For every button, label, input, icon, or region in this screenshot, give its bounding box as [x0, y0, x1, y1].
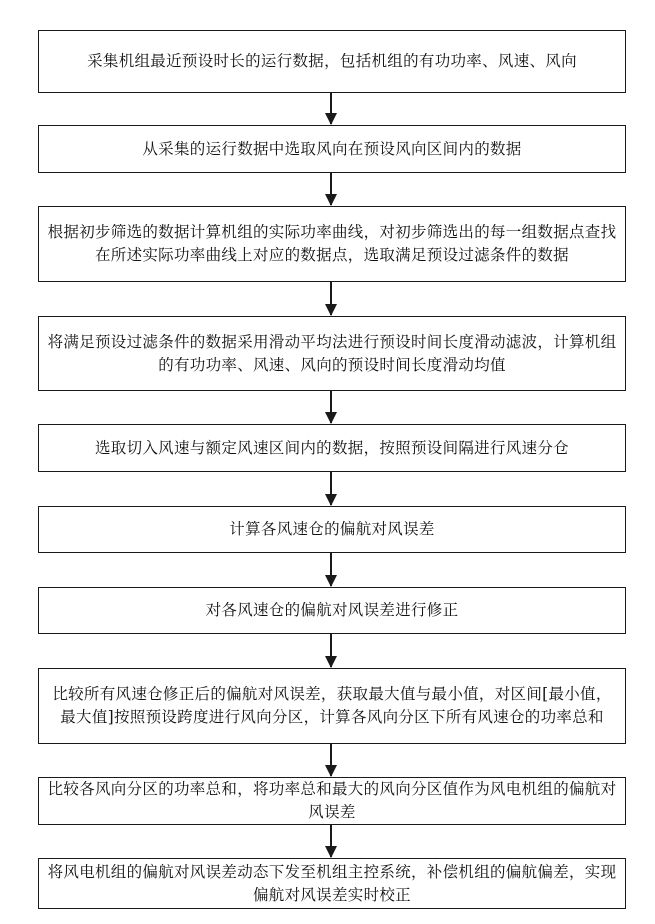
flow-step-5-text: 选取切入风速与额定风速区间内的数据，按照预设间隔进行风速分仓: [45, 437, 619, 460]
flow-step-10-text: 将风电机组的偏航对风误差动态下发至机组主控系统，补偿机组的偏航偏差，实现偏航对风…: [45, 861, 619, 907]
flow-step-7-correct-yaw-error: 对各风速仓的偏航对风误差进行修正: [38, 587, 626, 634]
flow-step-9-text: 比较各风向分区的功率总和，将功率总和最大的风向分区值作为风电机组的偏航对风误差: [45, 778, 619, 824]
arrow-down-icon: [330, 472, 332, 505]
flow-step-4-text: 将满足预设过滤条件的数据采用滑动平均法进行预设时间长度滑动滤波，计算机组的有功功…: [45, 331, 619, 377]
arrow-down-icon: [330, 391, 332, 423]
flow-step-8-text: 比较所有风速仓修正后的偏航对风误差，获取最大值与最小值，对区间[最小值，最大值]…: [45, 683, 619, 729]
flow-step-1-text: 采集机组最近预设时长的运行数据，包括机组的有功功率、风速、风向: [45, 50, 619, 73]
arrow-down-icon: [330, 282, 332, 315]
arrow-down-icon: [330, 173, 332, 205]
arrow-down-icon: [330, 553, 332, 586]
flow-step-10-realtime-correction: 将风电机组的偏航对风误差动态下发至机组主控系统，补偿机组的偏航偏差，实现偏航对风…: [38, 858, 626, 909]
flow-step-6-compute-yaw-error: 计算各风速仓的偏航对风误差: [38, 506, 626, 553]
flow-step-3-power-curve-filter: 根据初步筛选的数据计算机组的实际功率曲线，对初步筛选出的每一组数据点查找在所述实…: [38, 206, 626, 282]
flow-step-3-text: 根据初步筛选的数据计算机组的实际功率曲线，对初步筛选出的每一组数据点查找在所述实…: [45, 221, 619, 267]
flow-step-4-moving-average: 将满足预设过滤条件的数据采用滑动平均法进行预设时间长度滑动滤波，计算机组的有功功…: [38, 316, 626, 391]
flow-step-6-text: 计算各风速仓的偏航对风误差: [45, 518, 619, 541]
flow-step-1-collect-data: 采集机组最近预设时长的运行数据，包括机组的有功功率、风速、风向: [38, 30, 626, 93]
flow-step-9-select-max-power: 比较各风向分区的功率总和，将功率总和最大的风向分区值作为风电机组的偏航对风误差: [38, 777, 626, 825]
arrow-down-icon: [330, 93, 332, 124]
arrow-down-icon: [330, 744, 332, 776]
flow-step-5-wind-speed-binning: 选取切入风速与额定风速区间内的数据，按照预设间隔进行风速分仓: [38, 424, 626, 472]
arrow-down-icon: [330, 825, 332, 857]
flow-step-8-direction-partition: 比较所有风速仓修正后的偏航对风误差，获取最大值与最小值，对区间[最小值，最大值]…: [38, 668, 626, 744]
arrow-down-icon: [330, 634, 332, 667]
flow-step-7-text: 对各风速仓的偏航对风误差进行修正: [45, 599, 619, 622]
flow-step-2-text: 从采集的运行数据中选取风向在预设风向区间内的数据: [45, 138, 619, 161]
flow-step-2-select-wind-direction: 从采集的运行数据中选取风向在预设风向区间内的数据: [38, 125, 626, 173]
